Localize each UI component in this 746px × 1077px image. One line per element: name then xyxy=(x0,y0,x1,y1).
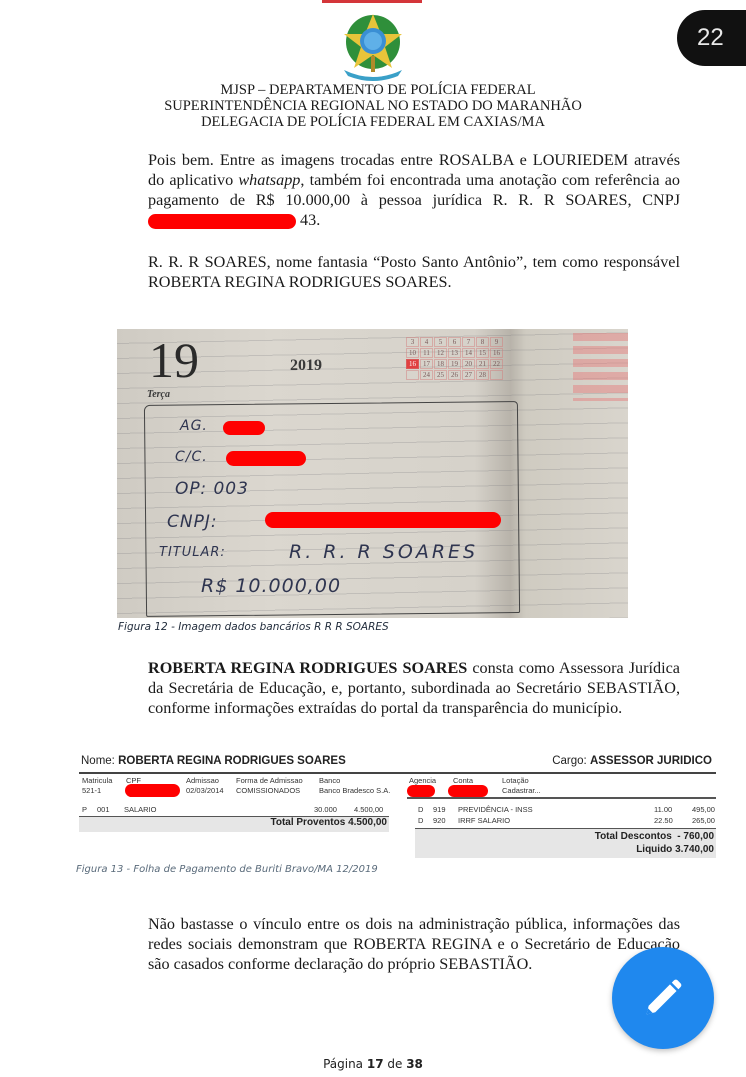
redaction-agencia xyxy=(223,421,265,435)
hw-titular-value: R. R. R SOARES xyxy=(289,541,478,563)
desconto-value: 495,00 xyxy=(692,805,715,814)
top-rule xyxy=(322,0,422,3)
document-header: MJSP – DEPARTAMENTO DE POLÍCIA FEDERAL S… xyxy=(0,82,746,130)
redaction-conta xyxy=(226,451,306,466)
header-line-1: MJSP – DEPARTAMENTO DE POLÍCIA FEDERAL xyxy=(0,82,746,98)
pencil-edit-icon xyxy=(641,976,685,1020)
hw-cnpj: CNPJ: xyxy=(167,512,218,532)
liquido: Liquido 3.740,00 xyxy=(415,843,714,856)
page-number-badge[interactable]: 22 xyxy=(677,10,746,66)
banco-value: Banco Bradesco S.A. xyxy=(319,786,390,795)
forma-admissao-value: COMISSIONADOS xyxy=(236,786,300,795)
paragraph-whatsapp-annotation: Pois bem. Entre as imagens trocadas entr… xyxy=(66,150,680,230)
notebook-year: 2019 xyxy=(290,357,322,375)
provento-desc: SALARIO xyxy=(124,805,157,814)
payslip-name: Nome: ROBERTA REGINA RODRIGUES SOARES xyxy=(81,755,346,767)
figure-12-caption: Figura 12 - Imagem dados bancários R R R… xyxy=(118,621,389,633)
paragraph-casados: Não bastasse o vínculo entre os dois na … xyxy=(66,914,680,974)
hw-op: OP: 003 xyxy=(175,479,249,499)
mini-calendar: 3456789101112131415161617181920212224252… xyxy=(406,337,503,380)
hw-titular-label: TITULAR: xyxy=(159,545,226,560)
hw-amount: R$ 10.000,00 xyxy=(201,575,341,597)
notebook-day: 19 xyxy=(149,331,199,389)
payslip-cargo: Cargo: ASSESSOR JURIDICO xyxy=(552,755,712,767)
redaction-conta-payslip xyxy=(448,785,488,797)
matricula-value: 521-1 xyxy=(82,786,101,795)
provento-value: 4.500,00 xyxy=(354,805,383,814)
header-line-3: DELEGACIA DE POLÍCIA FEDERAL EM CAXIAS/M… xyxy=(0,114,746,130)
figure-13-caption: Figura 13 - Folha de Pagamento de Buriti… xyxy=(76,864,378,875)
redaction-cnpj-notebook xyxy=(265,512,501,528)
admissao-value: 02/03/2014 xyxy=(186,786,224,795)
edit-fab-button[interactable] xyxy=(612,947,714,1049)
notebook-weekday: Terça xyxy=(147,389,170,400)
redaction-cpf xyxy=(125,784,180,797)
redaction-cnpj xyxy=(148,214,296,229)
total-descontos: Total Descontos - 760,00 xyxy=(415,830,714,843)
page-footer: Página 17 de 38 xyxy=(0,1057,746,1071)
desconto-desc: IRRF SALARIO xyxy=(458,816,510,825)
paragraph-assessora: ROBERTA REGINA RODRIGUES SOARES consta c… xyxy=(66,658,680,718)
total-proventos: Total Proventos 4.500,00 xyxy=(79,817,389,832)
whatsapp-term: whatsapp xyxy=(238,171,300,189)
hw-cc: C/C. xyxy=(175,449,208,465)
header-line-2: SUPERINTENDÊNCIA REGIONAL NO ESTADO DO M… xyxy=(0,98,746,114)
desconto-desc: PREVIDÊNCIA - INSS xyxy=(458,805,533,814)
lotacao-value: Cadastrar... xyxy=(502,786,541,795)
redaction-agencia-payslip xyxy=(407,785,435,797)
figure-12-notebook-photo: 19 2019 Terça 34567891011121314151616171… xyxy=(117,329,628,618)
hw-ag: AG. xyxy=(180,418,208,434)
desconto-value: 265,00 xyxy=(692,816,715,825)
brazil-coat-of-arms-icon xyxy=(336,10,410,84)
paragraph-responsavel: R. R. R SOARES, nome fantasia “Posto San… xyxy=(66,252,680,292)
